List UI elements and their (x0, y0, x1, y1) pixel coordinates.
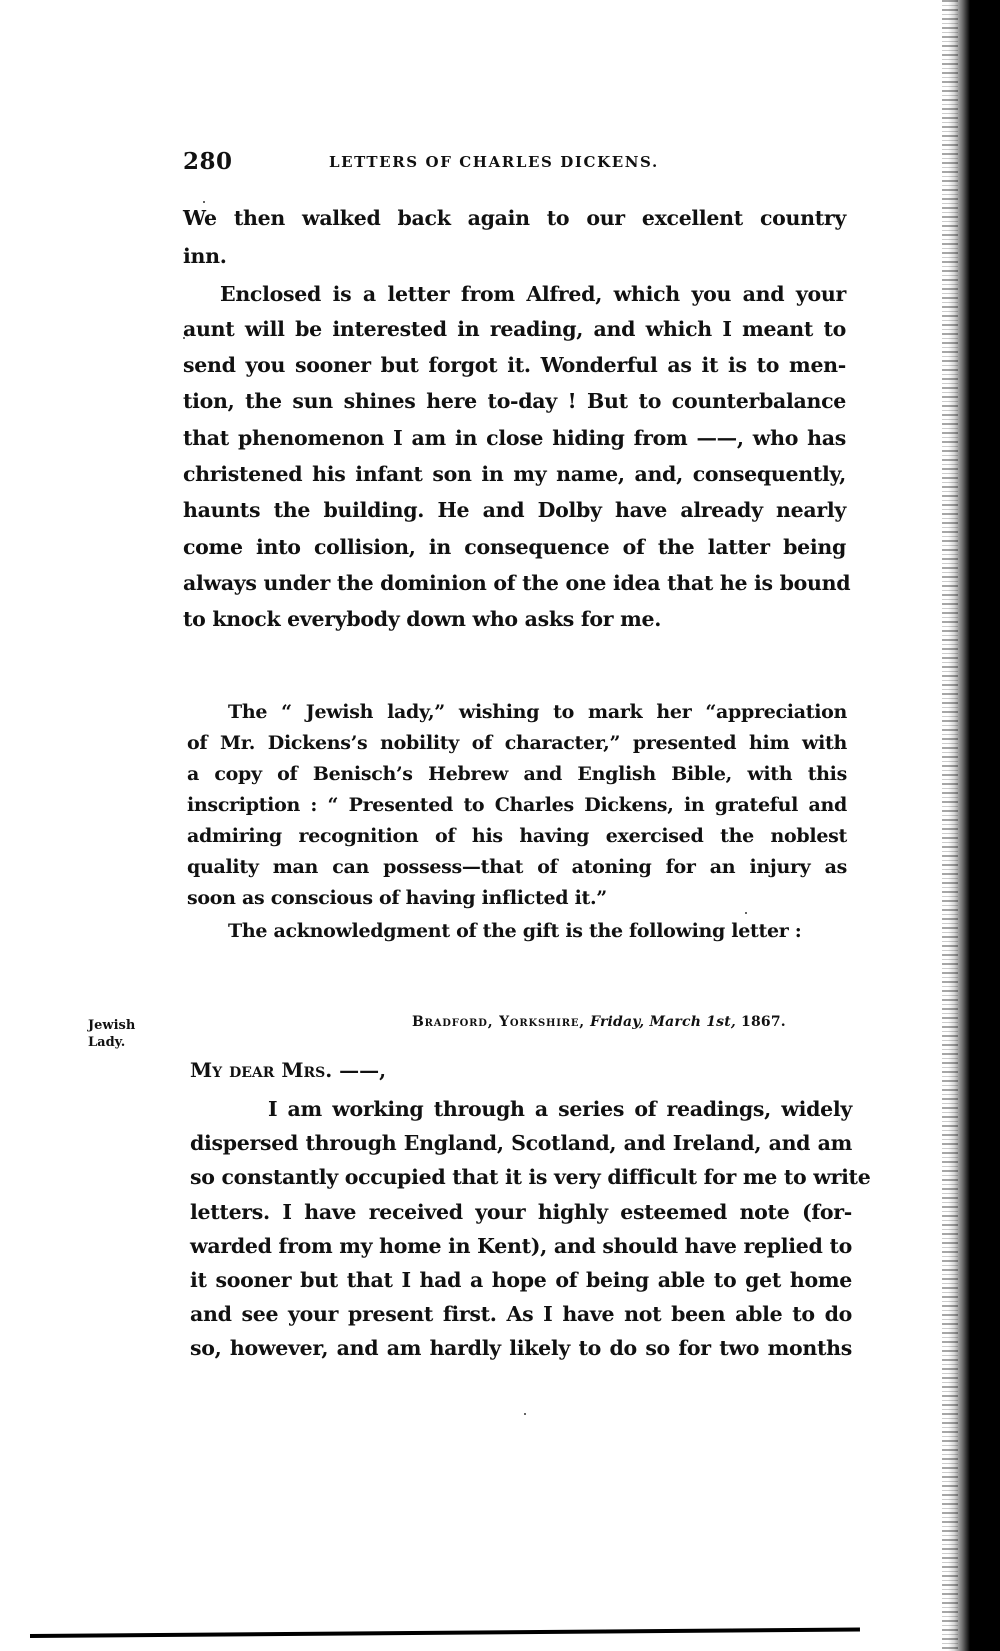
text-line: Enclosed is a letter from Alfred, which … (220, 275, 846, 313)
text-line: to knock everybody down who asks for me. (183, 600, 846, 638)
page-number: 280 (183, 148, 233, 175)
text-line: send you sooner but forgot it. Wonderful… (183, 346, 846, 384)
scan-speck (183, 337, 185, 339)
text-line: so constantly occupied that it is very d… (190, 1158, 852, 1196)
scan-speck (745, 912, 747, 914)
margin-note: Jewish Lady. (88, 1017, 135, 1051)
book-page: 280 LETTERS OF CHARLES DICKENS. We then … (0, 0, 1000, 1651)
text-line: a copy of Benisch’s Hebrew and English B… (187, 759, 847, 790)
text-line: I am working through a series of reading… (268, 1090, 852, 1128)
margin-note-line: Lady. (88, 1034, 135, 1051)
text-line: admiring recognition of his having exerc… (187, 821, 847, 852)
text-line: inn. (183, 237, 846, 275)
text-line: it sooner but that I had a hope of being… (190, 1261, 852, 1299)
running-head: LETTERS OF CHARLES DICKENS. (329, 153, 659, 171)
dateline-year: 1867. (741, 1014, 786, 1030)
salutation: My dear Mrs. ——, (190, 1058, 386, 1082)
text-line: of Mr. Dickens’s nobility of character,”… (187, 728, 847, 759)
text-line: quality man can possess—that of atoning … (187, 852, 847, 883)
dateline-place: Bradford, Yorkshire, (412, 1014, 585, 1030)
letter-dateline: Bradford, Yorkshire, Friday, March 1st, … (412, 1014, 786, 1030)
text-line: that phenomenon I am in close hiding fro… (183, 419, 846, 457)
text-line: inscription : “ Presented to Charles Dic… (187, 790, 847, 821)
text-line: and see your present first. As I have no… (190, 1295, 852, 1333)
page-header: 280 LETTERS OF CHARLES DICKENS. (183, 148, 843, 178)
text-line: The acknowledgment of the gift is the fo… (228, 916, 847, 947)
page-bottom-edge (30, 1627, 860, 1638)
text-line: come into collision, in consequence of t… (183, 528, 846, 566)
dateline-day: Friday, (590, 1014, 644, 1030)
text-line: soon as conscious of having inflicted it… (187, 883, 847, 914)
text-line: letters. I have received your highly est… (190, 1193, 852, 1231)
text-line: dispersed through England, Scotland, and… (190, 1124, 852, 1162)
dateline-date: March 1st, (649, 1014, 736, 1030)
page-binding-shadow (948, 0, 1000, 1651)
scan-speck (203, 201, 205, 203)
text-line: The “ Jewish lady,” wishing to mark her … (228, 697, 847, 728)
margin-note-line: Jewish (88, 1017, 135, 1034)
text-line: so, however, and am hardly likely to do … (190, 1329, 852, 1367)
text-line: We then walked back again to our excelle… (183, 199, 846, 237)
text-line: christened his infant son in my name, an… (183, 455, 846, 493)
text-line: always under the dominion of the one ide… (183, 564, 846, 602)
text-line: haunts the building. He and Dolby have a… (183, 491, 846, 529)
scan-speck (524, 1413, 526, 1415)
text-line: warded from my home in Kent), and should… (190, 1227, 852, 1265)
text-line: aunt will be interested in reading, and … (183, 310, 846, 348)
text-line: tion, the sun shines here to-day ! But t… (183, 382, 846, 420)
